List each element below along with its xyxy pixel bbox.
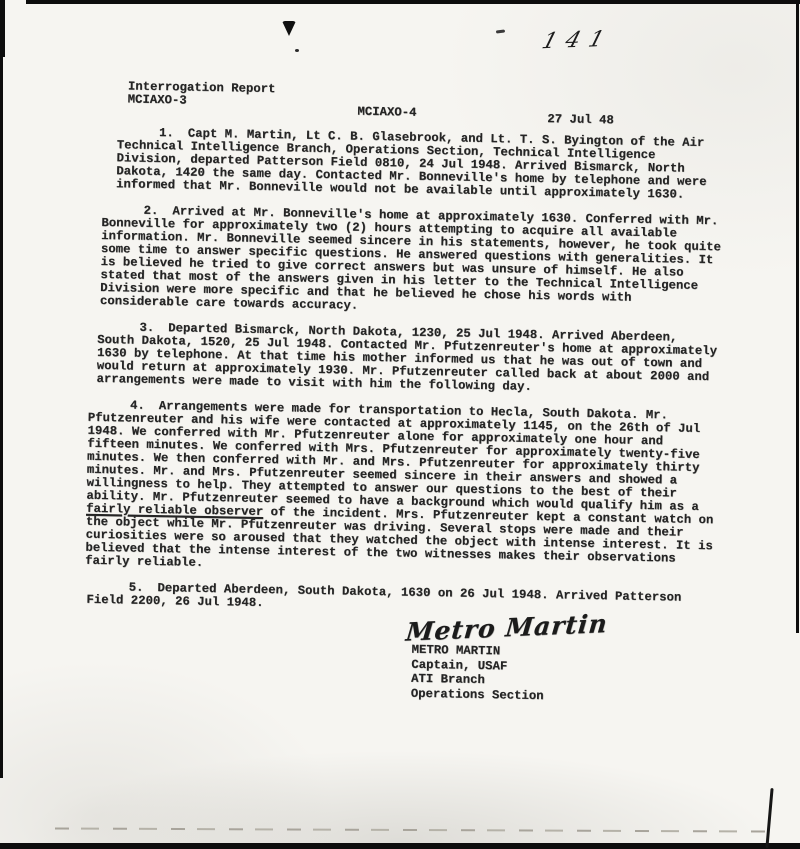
handwritten-signature: Metro Martin	[405, 612, 716, 638]
scan-artifact-dash	[496, 29, 505, 33]
scan-edge-top	[26, 0, 800, 4]
scanned-document-page: 141 Interrogation Report MCIAXO-3 MCIAXO…	[0, 0, 800, 849]
scan-artifact-triangle-blot	[282, 21, 296, 36]
scan-artifact-diagonal-stroke	[765, 788, 773, 848]
paragraph-5: 5.Departed Aberdeen, South Dakota, 1630 …	[86, 581, 716, 619]
scan-artifact-dot	[295, 49, 299, 52]
paragraph-2-text: Arrived at Mr. Bonneville's home at appr…	[100, 204, 721, 312]
paragraph-3: 3.Departed Bismarck, North Dakota, 1230,…	[96, 321, 721, 397]
paragraph-3-text: Departed Bismarck, North Dakota, 1230, 2…	[96, 321, 717, 394]
scan-edge-bottom	[0, 843, 800, 849]
paragraph-1-text: Capt M. Martin, Lt C. B. Glasebrook, and…	[116, 127, 707, 202]
scan-artifact-faint-line	[55, 827, 767, 832]
paragraph-4: 4.Arrangements were made for transportat…	[85, 399, 720, 580]
handwritten-page-number: 141	[539, 27, 616, 54]
document-date: 27 Jul 48	[547, 113, 614, 127]
document-body: Interrogation Report MCIAXO-3 MCIAXO-4 2…	[93, 80, 726, 706]
paragraph-5-text: Departed Aberdeen, South Dakota, 1630 on…	[86, 581, 681, 610]
paragraph-2: 2.Arrived at Mr. Bonneville's home at ap…	[100, 204, 724, 319]
scan-edge-right	[796, 0, 799, 633]
scan-edge-left	[0, 0, 3, 778]
scan-edge-left-corner	[0, 0, 5, 57]
reference-symbol: MCIAXO-4	[357, 106, 416, 120]
signature-block: Metro Martin METRO MARTIN Captain, USAF …	[411, 626, 716, 707]
paragraph-4-text-before: Arrangements were made for transportatio…	[86, 399, 700, 514]
paragraph-1: 1.Capt M. Martin, Lt C. B. Glasebrook, a…	[116, 126, 725, 202]
